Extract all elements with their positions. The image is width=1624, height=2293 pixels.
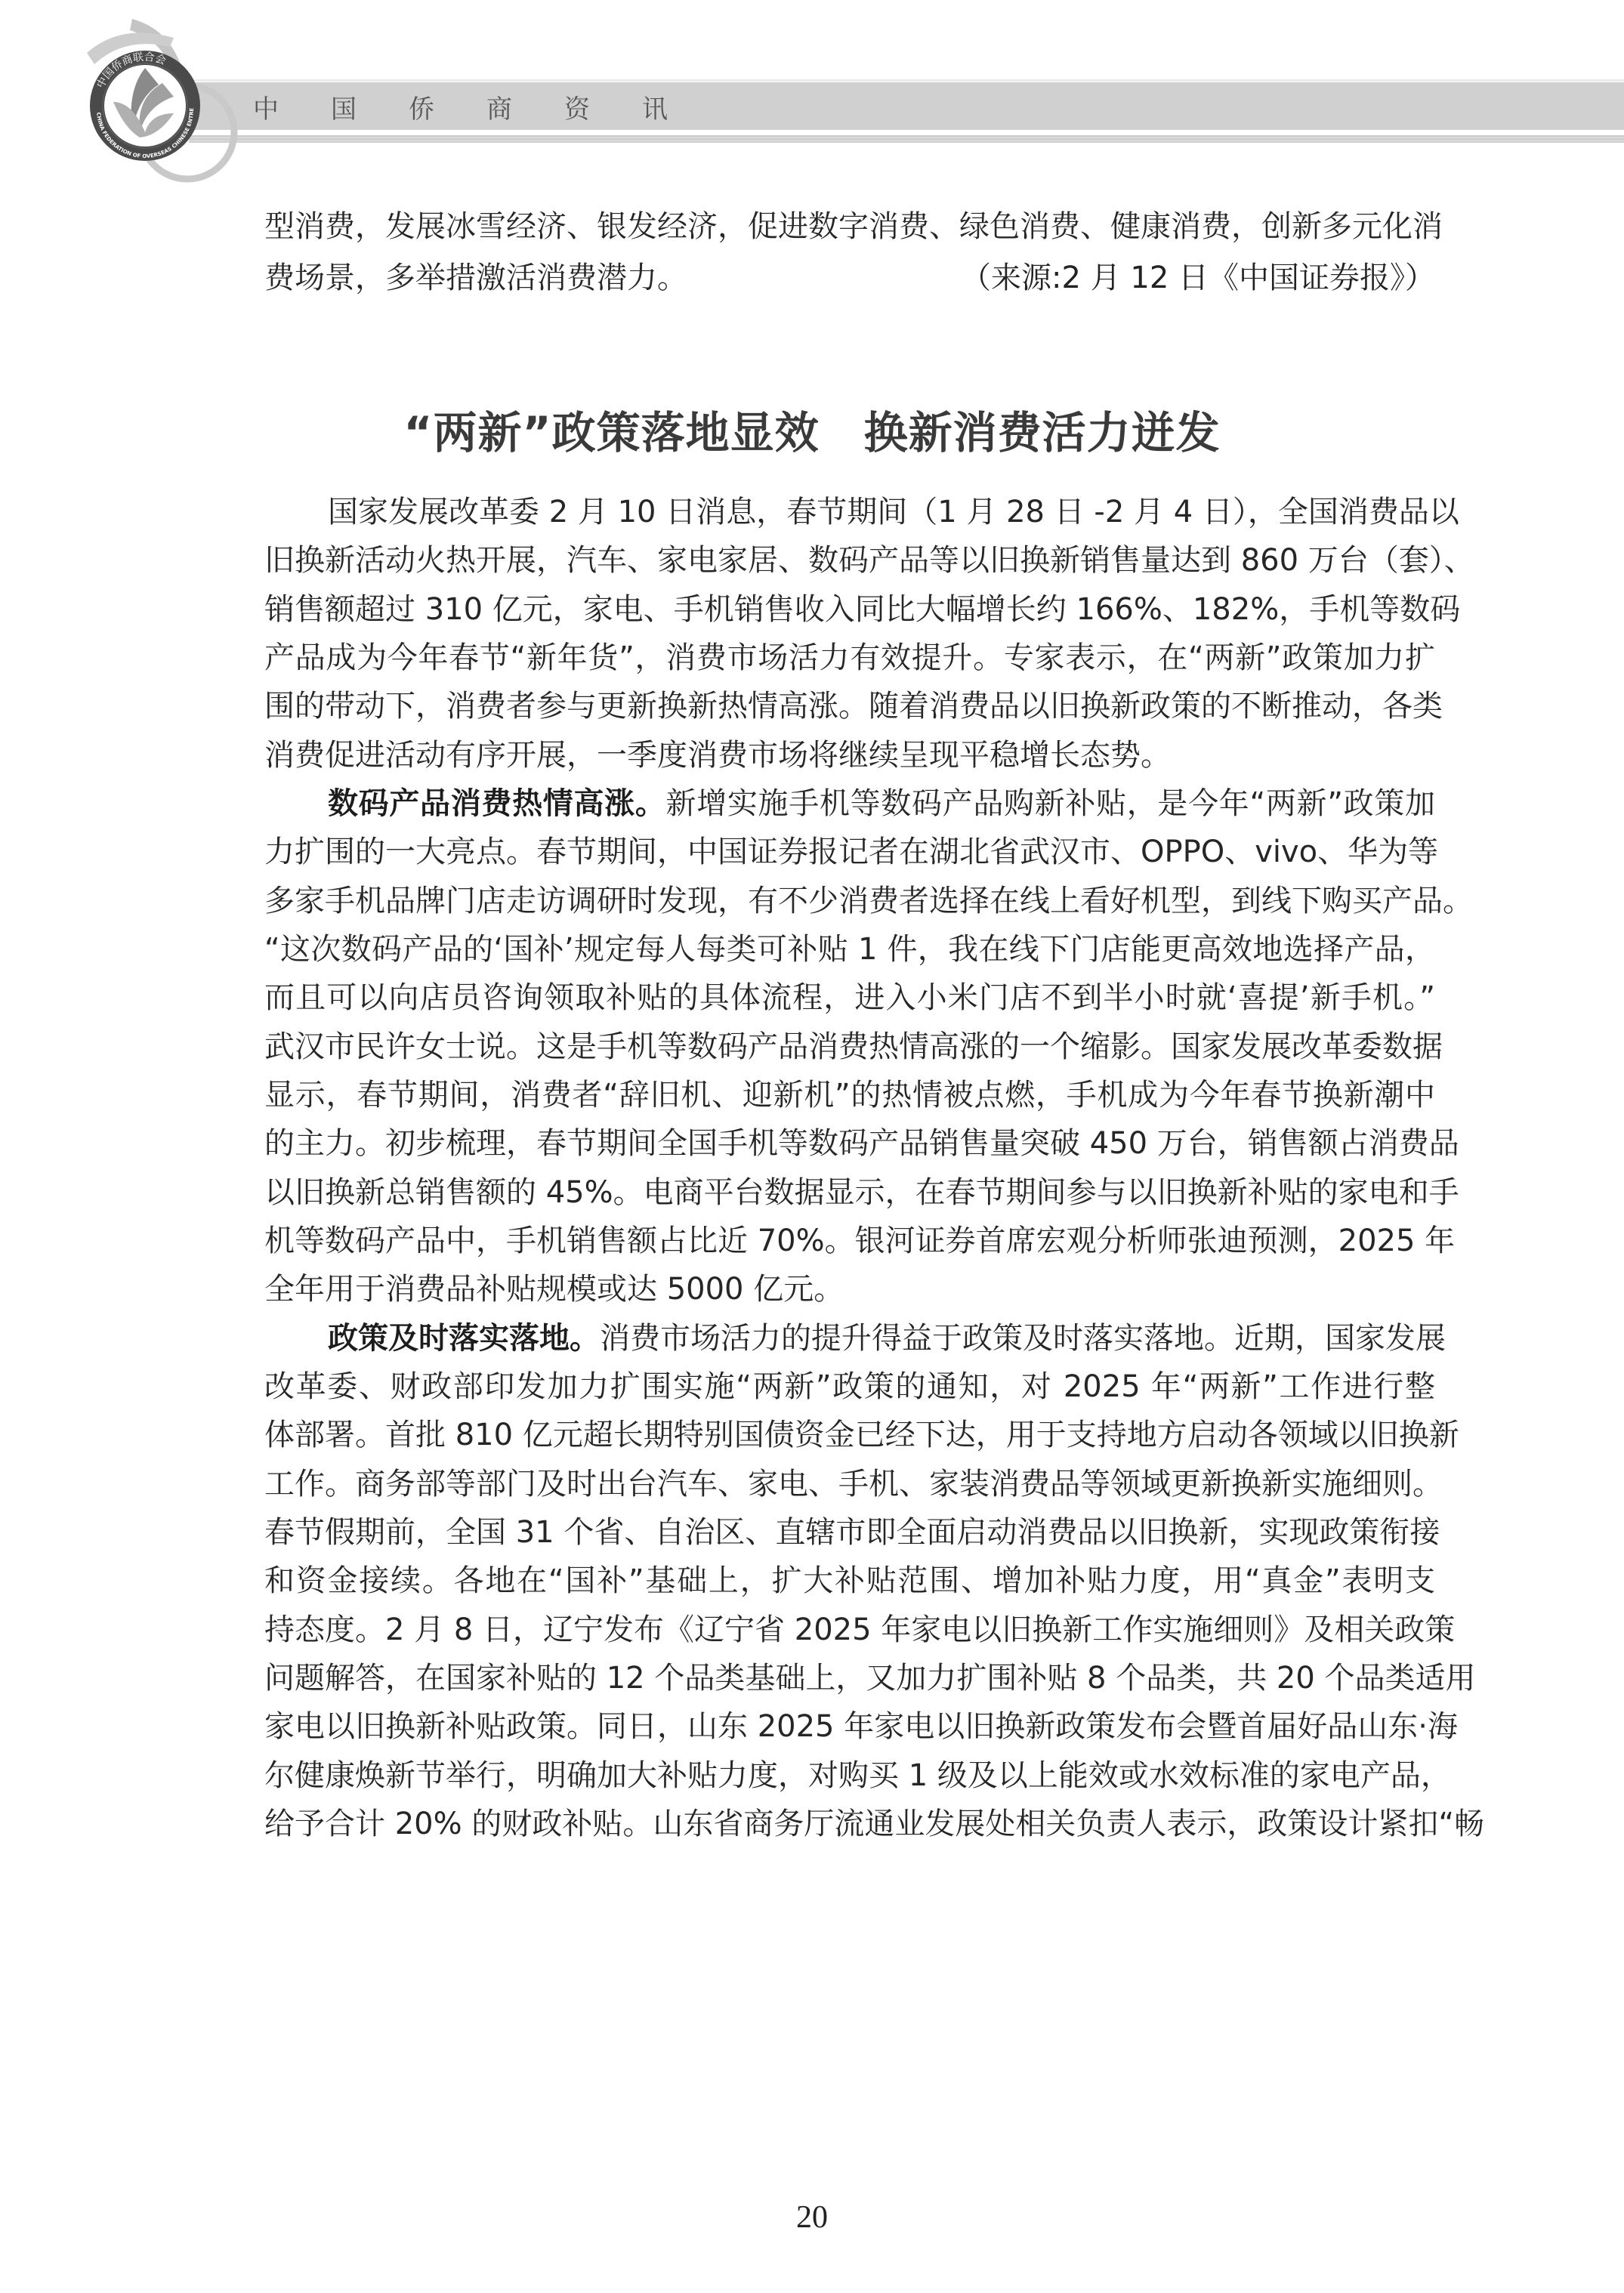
text-line: 而且可以向店员咨询领取补贴的具体流程，进入小米门店不到半小时就‘喜提’新手机。” bbox=[264, 974, 1435, 1022]
text-line: 和资金接续。各地在“国补”基础上，扩大补贴范围、增加补贴力度，用“真金”表明支 bbox=[264, 1557, 1435, 1605]
publication-title-char: 侨 bbox=[409, 88, 486, 125]
source-citation: （来源:2 月 12 日《中国证券报》） bbox=[961, 254, 1435, 302]
text-line: 消费促进活动有序开展，一季度消费市场将继续呈现平稳增长态势。 bbox=[264, 731, 1435, 779]
page-number: 20 bbox=[0, 2199, 1624, 2236]
text-line: 春节假期前，全国 31 个省、自治区、直辖市即全面启动消费品以旧换新，实现政策衔… bbox=[264, 1508, 1435, 1557]
text-line: 力扩围的一大亮点。春节期间，中国证券报记者在湖北省武汉市、OPPO、vivo、华… bbox=[264, 828, 1435, 876]
text-line: 销售额超过 310 亿元，家电、手机销售收入同比大幅增长约 166%、182%，… bbox=[264, 585, 1435, 634]
text-line: 产品成为今年春节“新年货”，消费市场活力有效提升。专家表示，在“两新”政策加力扩 bbox=[264, 634, 1435, 682]
text-line: 政策及时落实落地。消费市场活力的提升得益于政策及时落实落地。近期，国家发展 bbox=[264, 1314, 1435, 1363]
text-line: 国家发展改革委 2 月 10 日消息，春节期间（1 月 28 日 -2 月 4 … bbox=[264, 488, 1435, 536]
publication-title-char: 国 bbox=[331, 88, 409, 125]
text-line: 家电以旧换新补贴政策。同日，山东 2025 年家电以旧换新政策发布会暨首届好品山… bbox=[264, 1702, 1435, 1751]
text-line: 全年用于消费品补贴规模或达 5000 亿元。 bbox=[264, 1265, 1435, 1313]
header-stripe-divider bbox=[189, 135, 1624, 143]
text-line: 工作。商务部等部门及时出台汽车、家电、手机、家装消费品等领域更新换新实施细则。 bbox=[264, 1460, 1435, 1508]
section-lead-heading: 政策及时落实落地。 bbox=[328, 1321, 600, 1356]
text-line: 给予合计 20% 的财政补贴。山东省商务厅流通业发展处相关负责人表示，政策设计紧… bbox=[264, 1800, 1435, 1848]
text-line: 以旧换新总销售额的 45%。电商平台数据显示，在春节期间参与以旧换新补贴的家电和… bbox=[264, 1168, 1435, 1217]
text-line: 改革委、财政部印发加力扩围实施“两新”政策的通知，对 2025 年“两新”工作进… bbox=[264, 1363, 1435, 1411]
section-lead-heading: 数码产品消费热情高涨。 bbox=[328, 786, 666, 821]
text-line: 多家手机品牌门店走访调研时发现，有不少消费者选择在线上看好机型，到线下购买产品。 bbox=[264, 877, 1435, 925]
text-line: 显示，春节期间，消费者“辞旧机、迎新机”的热情被点燃，手机成为今年春节换新潮中 bbox=[264, 1071, 1435, 1119]
text-line: 型消费，发展冰雪经济、银发经济，促进数字消费、绿色消费、健康消费，创新多元化消 bbox=[264, 202, 1435, 251]
text-line: 数码产品消费热情高涨。新增实施手机等数码产品购新补贴，是今年“两新”政策加 bbox=[264, 779, 1435, 828]
publication-title-char: 商 bbox=[486, 88, 564, 125]
text-line: 体部署。首批 810 亿元超长期特别国债资金已经下达，用于支持地方启动各领域以旧… bbox=[264, 1411, 1435, 1459]
text-line: 问题解答，在国家补贴的 12 个品类基础上，又加力扩围补贴 8 个品类，共 20… bbox=[264, 1654, 1435, 1702]
text-line: “这次数码产品的‘国补’规定每人每类可补贴 1 件，我在线下门店能更高效地选择产… bbox=[264, 925, 1435, 974]
text-line: 的主力。初步梳理，春节期间全国手机等数码产品销售量突破 450 万台，销售额占消… bbox=[264, 1119, 1435, 1168]
text-line: 武汉市民许女士说。这是手机等数码产品消费热情高涨的一个缩影。国家发展改革委数据 bbox=[264, 1023, 1435, 1071]
text-line: 尔健康焕新节举行，明确加大补贴力度，对购买 1 级及以上能效或水效标准的家电产品… bbox=[264, 1751, 1435, 1800]
publication-title: 中 国 侨 商 资 讯 bbox=[253, 83, 720, 130]
article-title: “两新”政策落地显效 换新消费活力迸发 bbox=[0, 397, 1624, 461]
publication-title-char: 讯 bbox=[642, 88, 720, 125]
publication-title-char: 资 bbox=[564, 88, 642, 125]
publication-title-char: 中 bbox=[253, 88, 331, 125]
federation-logo-icon: 中国侨商联合会 CHINA FEDERATION OF OVERSEAS CHI… bbox=[60, 8, 257, 189]
header-bar-edge bbox=[189, 79, 1624, 82]
text-line: 机等数码产品中，手机销售额占比近 70%。银河证券首席宏观分析师张迪预测，202… bbox=[264, 1217, 1435, 1265]
text-line: 围的带动下，消费者参与更新换新热情高涨。随着消费品以旧换新政策的不断推动，各类 bbox=[264, 682, 1435, 730]
text-line: 持态度。2 月 8 日，辽宁发布《辽宁省 2025 年家电以旧换新工作实施细则》… bbox=[264, 1606, 1435, 1654]
text-line: 旧换新活动火热开展，汽车、家电家居、数码产品等以旧换新销售量达到 860 万台（… bbox=[264, 536, 1435, 585]
